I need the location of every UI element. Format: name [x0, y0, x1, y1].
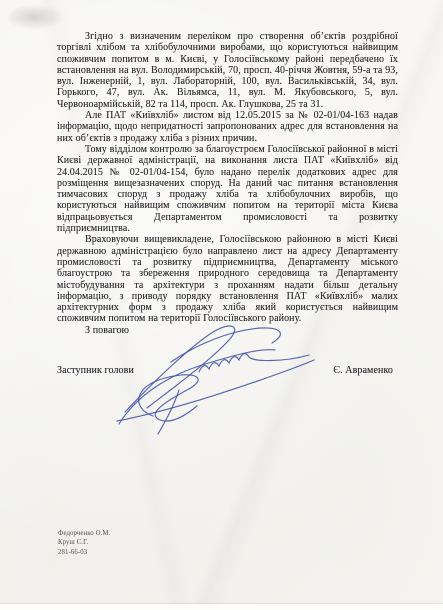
closing-salutation: З повагою: [57, 325, 398, 336]
executor-reference: Федорченко О.М. Круш С.Г. 281-66-03: [58, 529, 110, 557]
scanned-letter-page: Згідно з визначеним переліком про створе…: [0, 0, 443, 610]
signer-position-title: Заступник голови: [57, 365, 134, 376]
letter-body-text: Згідно з визначеним переліком про створе…: [57, 31, 398, 376]
executor-name-line: Федорченко О.М.: [58, 529, 110, 538]
letter-paragraph: Згідно з визначеним переліком про створе…: [57, 31, 398, 110]
scan-artifact-smudge: [8, 4, 66, 30]
signature-block: Заступник голови Є. Авраменко: [57, 365, 398, 376]
signer-name: Є. Авраменко: [333, 365, 398, 376]
scan-bottom-edge: [0, 604, 443, 610]
executor-name-line: Круш С.Г.: [58, 538, 110, 547]
letter-paragraph: Тому відділом контролю за благоустроєм Г…: [57, 144, 398, 234]
letter-paragraph: Враховуючи вищевикладене, Голосіївською …: [57, 234, 398, 324]
contact-phone: 281-66-03: [58, 548, 110, 557]
letter-paragraph: Але ПАТ «Київхліб» листом від 12.05.2015…: [57, 110, 398, 144]
